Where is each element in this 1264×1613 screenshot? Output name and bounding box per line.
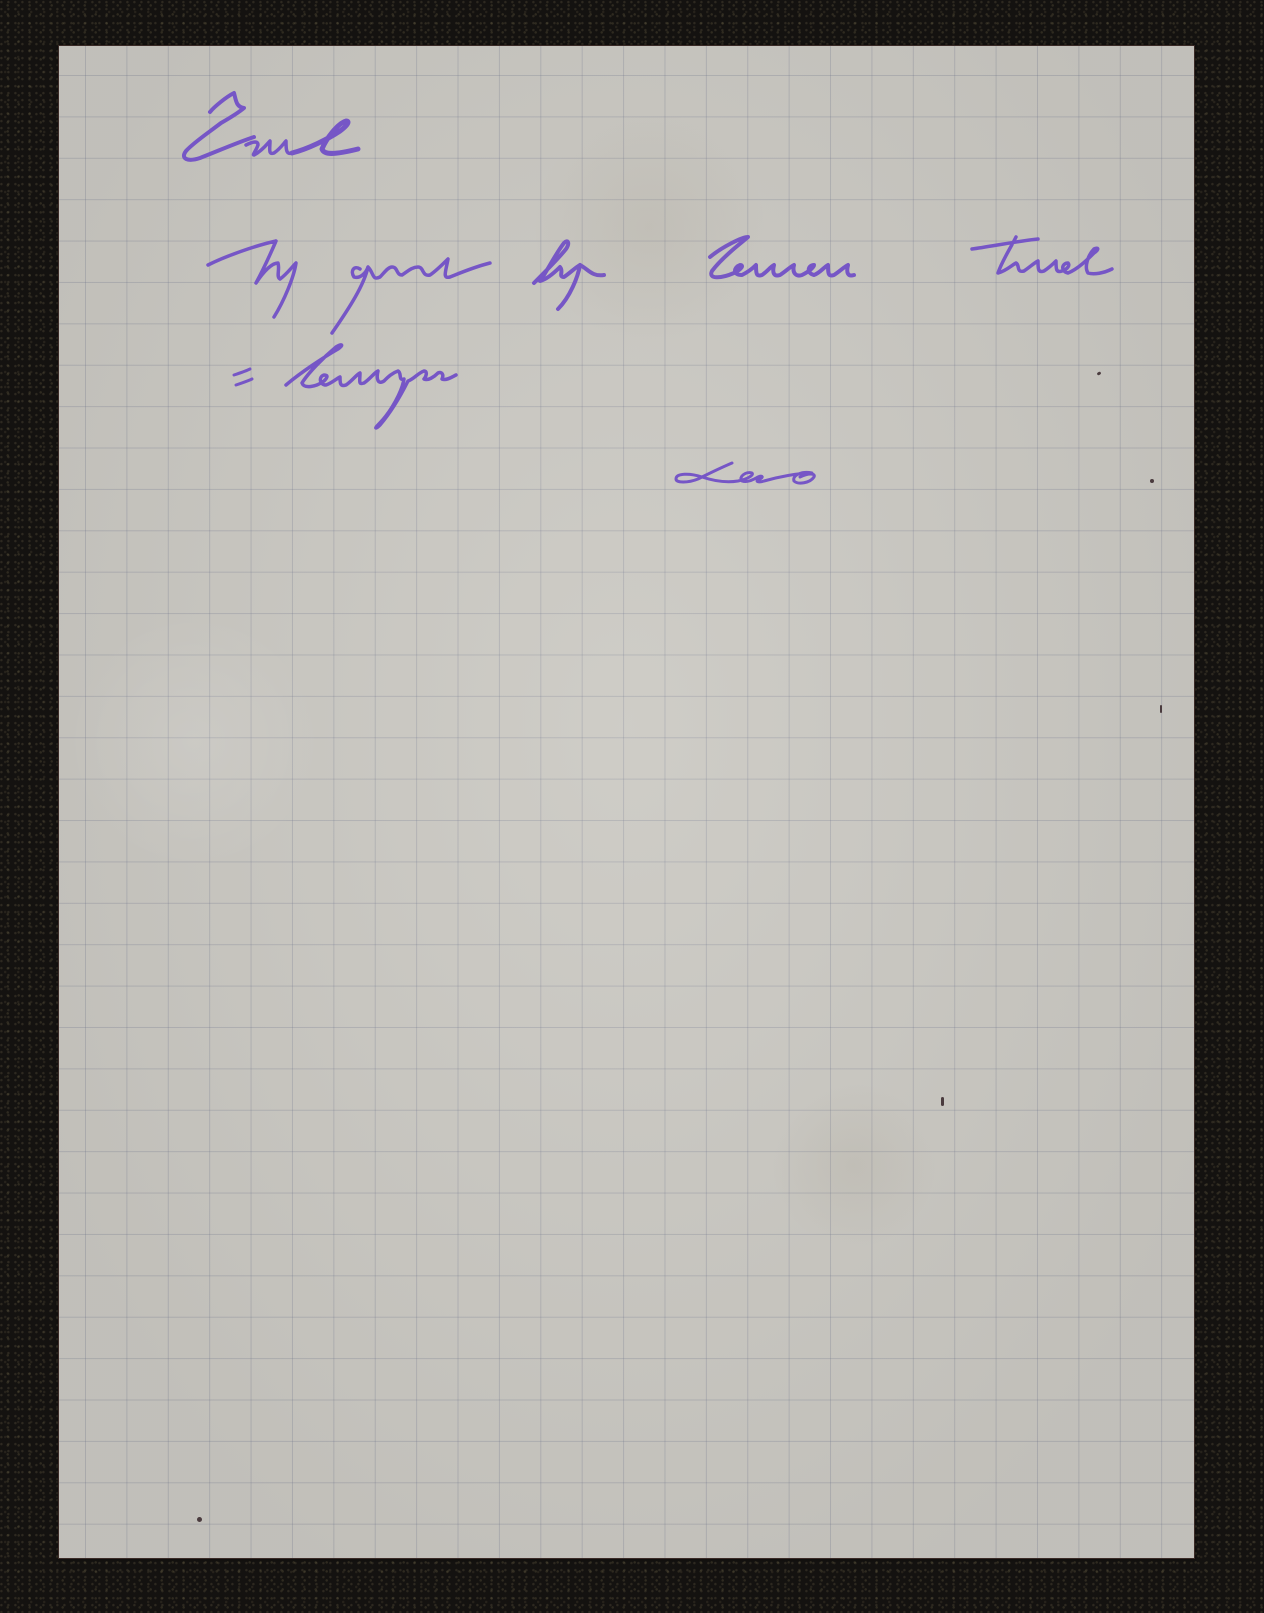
handwriting-ink — [58, 45, 1195, 1559]
ink-speck — [941, 1097, 944, 1106]
ink-speck — [197, 1517, 202, 1522]
line1-handwriting — [208, 237, 1112, 333]
scan-background: Truel Hy gaat lyk lawen truel = laugen L… — [0, 0, 1264, 1613]
ink-speck — [1160, 705, 1162, 713]
grid-paper-sheet: Truel Hy gaat lyk lawen truel = laugen L… — [58, 45, 1195, 1559]
signature-handwriting — [676, 463, 814, 483]
heading-handwriting — [184, 93, 358, 160]
ink-speck — [1150, 479, 1154, 483]
line2-handwriting — [234, 345, 456, 428]
